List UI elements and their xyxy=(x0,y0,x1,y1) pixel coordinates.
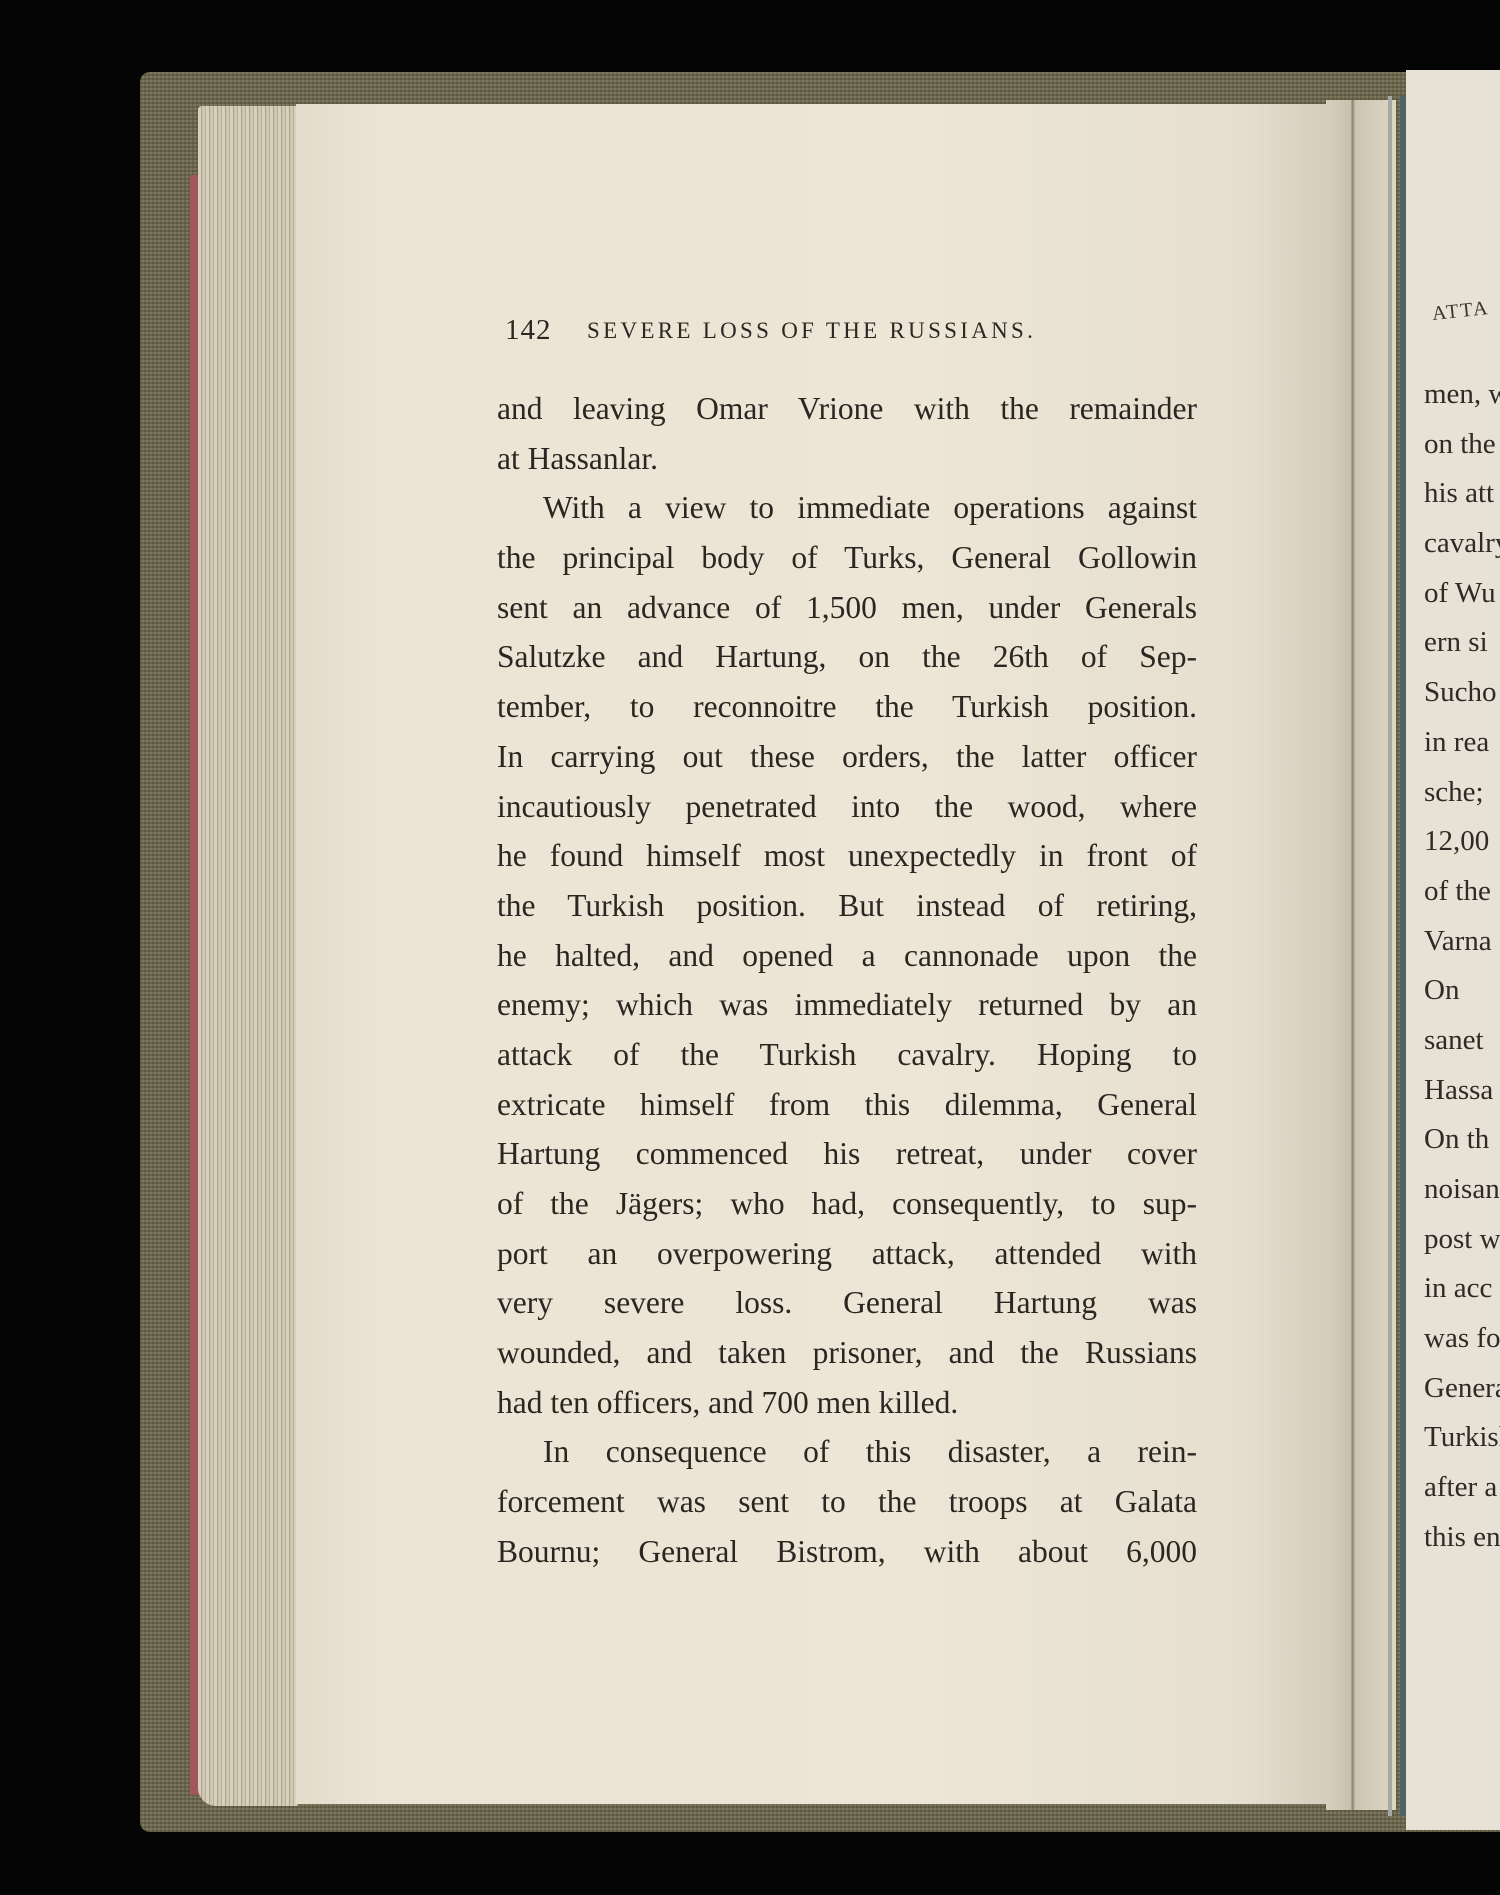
text-line: In consequence of this disaster, a rein- xyxy=(497,1427,1197,1477)
text-fragment: this eng xyxy=(1424,1513,1500,1563)
running-head: 142 SEVERE LOSS OF THE RUSSIANS. xyxy=(505,314,1205,354)
text-line: wounded, and taken prisoner, and the Rus… xyxy=(497,1328,1197,1378)
text-fragment: was fo xyxy=(1424,1314,1500,1364)
text-fragment: noisan xyxy=(1424,1165,1500,1215)
text-line: extricate himself from this dilemma, Gen… xyxy=(497,1080,1197,1130)
text-fragment: post w xyxy=(1424,1215,1500,1265)
page-edges xyxy=(198,106,298,1806)
text-fragment: Sucho xyxy=(1424,668,1500,718)
text-fragment: On th xyxy=(1424,1115,1500,1165)
text-line: at Hassanlar. xyxy=(497,434,1197,484)
text-line: he halted, and opened a cannonade upon t… xyxy=(497,931,1197,981)
text-line: the Turkish position. But instead of ret… xyxy=(497,881,1197,931)
gutter xyxy=(1326,100,1396,1810)
text-fragment: ern si xyxy=(1424,618,1500,668)
gutter-rule xyxy=(1388,96,1392,1816)
text-fragment: in rea xyxy=(1424,718,1500,768)
text-line: tember, to reconnoitre the Turkish posit… xyxy=(497,682,1197,732)
text-line: forcement was sent to the troops at Gala… xyxy=(497,1477,1197,1527)
text-line: had ten officers, and 700 men killed. xyxy=(497,1378,1197,1428)
chapter-heading: SEVERE LOSS OF THE RUSSIANS. xyxy=(587,318,1036,344)
text-line: In carrying out these orders, the latter… xyxy=(497,732,1197,782)
text-line: Bournu; General Bistrom, with about 6,00… xyxy=(497,1527,1197,1577)
text-line: With a view to immediate operations agai… xyxy=(497,483,1197,533)
text-fragment: his att xyxy=(1424,469,1500,519)
text-line: of the Jägers; who had, consequently, to… xyxy=(497,1179,1197,1229)
text-line: the principal body of Turks, General Gol… xyxy=(497,533,1197,583)
text-fragment: of Wu xyxy=(1424,569,1500,619)
text-fragment: cavalry xyxy=(1424,519,1500,569)
page-number: 142 xyxy=(505,314,552,347)
text-line: very severe loss. General Hartung was xyxy=(497,1278,1197,1328)
text-line: enemy; which was immediately returned by… xyxy=(497,980,1197,1030)
text-fragment: 12,00 xyxy=(1424,817,1500,867)
text-fragment: after a s xyxy=(1424,1463,1500,1513)
text-line: incautiously penetrated into the wood, w… xyxy=(497,782,1197,832)
text-line: he found himself most unexpectedly in fr… xyxy=(497,831,1197,881)
text-fragment: sanet xyxy=(1424,1016,1500,1066)
text-line: Salutzke and Hartung, on the 26th of Sep… xyxy=(497,632,1197,682)
text-fragment: Genera xyxy=(1424,1364,1500,1414)
text-fragment: on the xyxy=(1424,420,1500,470)
text-fragment: Turkish xyxy=(1424,1413,1500,1463)
text-fragment: of the xyxy=(1424,867,1500,917)
text-line: attack of the Turkish cavalry. Hoping to xyxy=(497,1030,1197,1080)
text-fragment: Hassa xyxy=(1424,1066,1500,1116)
text-fragment: Varna xyxy=(1424,917,1500,967)
text-fragment: men, w xyxy=(1424,370,1500,420)
text-line: port an overpowering attack, attended wi… xyxy=(497,1229,1197,1279)
text-fragment: in acc xyxy=(1424,1264,1500,1314)
text-fragment: On xyxy=(1424,966,1500,1016)
text-line: sent an advance of 1,500 men, under Gene… xyxy=(497,583,1197,633)
right-page-text: men, w on the his att cavalry of Wu ern … xyxy=(1424,370,1500,1563)
body-text: and leaving Omar Vrione with the remaind… xyxy=(497,384,1197,1577)
text-fragment: sche; xyxy=(1424,768,1500,818)
text-line: Hartung commenced his retreat, under cov… xyxy=(497,1129,1197,1179)
text-line: and leaving Omar Vrione with the remaind… xyxy=(497,384,1197,434)
